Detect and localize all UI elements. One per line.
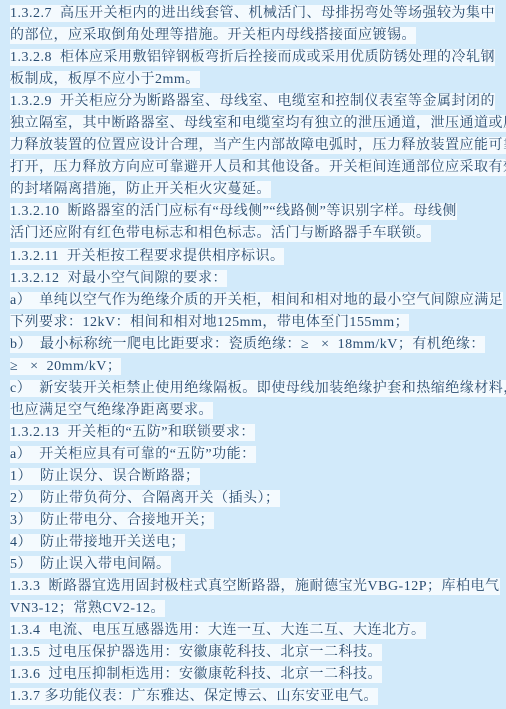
text-line: 1） 防止误分、误合断路器； (10, 466, 496, 488)
text-line: 也应满足空气绝缘净距离要求。 (10, 400, 496, 422)
text-line: 力释放装置的位置应设计合理，当产生内部故障电弧时，压力释放装置应能可靠 (10, 135, 496, 157)
text-line-content: 1.3.7 多功能仪表：广东雅达、保定博云、山东安亚电气。 (10, 688, 378, 705)
text-line: 1.3.2.8 柜体应采用敷铝锌钢板弯折后拴接而成或采用优质防锈处理的冷轧钢 (10, 47, 496, 69)
text-line-content: 活门还应附有红色带电标志和相色标志。活门与断路器手车联锁。 (10, 225, 431, 242)
text-line-content: 力释放装置的位置应设计合理，当产生内部故障电弧时，压力释放装置应能可靠 (10, 137, 506, 154)
text-line-content: b） 最小标称统一爬电比距要求：瓷质绝缘：≥ × 18mm/kV；有机绝缘： (10, 336, 485, 353)
text-line-content: 1.3.2.7 高压开关柜内的进出线套管、机械活门、母排拐弯处等场强较为集中 (10, 5, 495, 22)
text-line: 活门还应附有红色带电标志和相色标志。活门与断路器手车联锁。 (10, 223, 496, 245)
document-page: 1.3.2.7 高压开关柜内的进出线套管、机械活门、母排拐弯处等场强较为集中 的… (0, 0, 506, 709)
text-line-content: a） 开关柜应具有可靠的“五防”功能： (10, 446, 256, 463)
text-line: 2） 防止带负荷分、合隔离开关（插头）； (10, 488, 496, 510)
text-line: 1.3.7 多功能仪表：广东雅达、保定博云、山东安亚电气。 (10, 686, 496, 708)
text-line: 1.3.2.10 断路器室的活门应标有“母线侧”“线路侧”等识别字样。母线侧 (10, 201, 496, 223)
text-line: 1.3.4 电流、电压互感器选用：大连一互、大连二互、大连北方。 (10, 620, 496, 642)
text-line-content: 1） 防止误分、误合断路器； (10, 468, 200, 485)
text-line-content: 1.3.2.13 开关柜的“五防”和联锁要求： (10, 424, 255, 441)
text-line: 1.3.2.7 高压开关柜内的进出线套管、机械活门、母排拐弯处等场强较为集中 (10, 3, 496, 25)
text-line: 1.3.5 过电压保护器选用：安徽康乾科技、北京一二科技。 (10, 642, 496, 664)
text-line-content: a） 单纯以空气作为绝缘介质的开关柜，相间和相对地的最小空气间隙应满足 (10, 292, 503, 309)
text-line-content: 的封堵隔离措施，防止开关柜火灾蔓延。 (10, 181, 271, 198)
text-line: ≥ × 20mm/kV； (10, 356, 496, 378)
text-line: 1.3.2.13 开关柜的“五防”和联锁要求： (10, 422, 496, 444)
text-line-content: VN3-12；常熟CV2-12。 (10, 600, 165, 617)
text-line-content: 1.3.6 过电压抑制柜选用：安徽康乾科技、北京一二科技。 (10, 666, 382, 683)
text-line-content: 1.3.4 电流、电压互感器选用：大连一互、大连二互、大连北方。 (10, 622, 426, 639)
text-line-content: 1.3.2.9 开关柜应分为断路器室、母线室、电缆室和控制仪表室等金属封闭的 (10, 93, 495, 110)
text-line-content: c） 新安装开关柜禁止使用绝缘隔板。即使母线加装绝缘护套和热缩绝缘材料， (10, 380, 506, 397)
text-line-content: 2） 防止带负荷分、合隔离开关（插头）； (10, 490, 280, 507)
text-line-content: 独立隔室，其中断路器室、母线室和电缆室均有独立的泄压通道，泄压通道或压 (10, 115, 506, 132)
text-line: 下列要求：12kV：相间和相对地125mm，带电体至门155mm； (10, 312, 496, 334)
text-line-content: ≥ × 20mm/kV； (10, 358, 121, 375)
text-line-content: 1.3.3 断路器宜选用固封极柱式真空断路器，施耐德宝光VBG-12P；库柏电气 (10, 578, 500, 595)
text-line: b） 最小标称统一爬电比距要求：瓷质绝缘：≥ × 18mm/kV；有机绝缘： (10, 334, 496, 356)
text-line: 1.3.2.11 开关柜按工程要求提供相序标识。 (10, 246, 496, 268)
text-line: VN3-12；常熟CV2-12。 (10, 598, 496, 620)
text-line: 5） 防止误入带电间隔。 (10, 554, 496, 576)
text-line-content: 1.3.2.11 开关柜按工程要求提供相序标识。 (10, 248, 284, 265)
text-line-content: 1.3.2.12 对最小空气间隙的要求： (10, 270, 227, 287)
text-line: a） 单纯以空气作为绝缘介质的开关柜，相间和相对地的最小空气间隙应满足 (10, 290, 496, 312)
text-line: 1.3.2.12 对最小空气间隙的要求： (10, 268, 496, 290)
text-line-content: 的部位，应采取倒角处理等措施。开关柜内母线搭接面应镀锡。 (10, 27, 416, 44)
text-line: 的封堵隔离措施，防止开关柜火灾蔓延。 (10, 179, 496, 201)
text-line: c） 新安装开关柜禁止使用绝缘隔板。即使母线加装绝缘护套和热缩绝缘材料， (10, 378, 496, 400)
text-line-content: 1.3.2.10 断路器室的活门应标有“母线侧”“线路侧”等识别字样。母线侧 (10, 203, 457, 220)
text-line-content: 板制成，板厚不应小于2mm。 (10, 71, 200, 88)
text-line-content: 3） 防止带电分、合接地开关； (10, 512, 214, 529)
text-line: 1.3.6 过电压抑制柜选用：安徽康乾科技、北京一二科技。 (10, 664, 496, 686)
text-line-content: 5） 防止误入带电间隔。 (10, 556, 171, 573)
text-line-content: 1.3.5 过电压保护器选用：安徽康乾科技、北京一二科技。 (10, 644, 382, 661)
text-line-content: 4） 防止带接地开关送电； (10, 534, 185, 551)
text-line: 3） 防止带电分、合接地开关； (10, 510, 496, 532)
text-line: 打开，压力释放方向应可靠避开人员和其他设备。开关柜间连通部位应采取有效 (10, 157, 496, 179)
text-line-content: 也应满足空气绝缘净距离要求。 (10, 402, 213, 419)
text-line: a） 开关柜应具有可靠的“五防”功能： (10, 444, 496, 466)
text-line: 独立隔室，其中断路器室、母线室和电缆室均有独立的泄压通道，泄压通道或压 (10, 113, 496, 135)
text-line: 1.3.2.9 开关柜应分为断路器室、母线室、电缆室和控制仪表室等金属封闭的 (10, 91, 496, 113)
text-line-content: 1.3.2.8 柜体应采用敷铝锌钢板弯折后拴接而成或采用优质防锈处理的冷轧钢 (10, 49, 495, 66)
text-line-content: 下列要求：12kV：相间和相对地125mm，带电体至门155mm； (10, 314, 409, 331)
text-line: 板制成，板厚不应小于2mm。 (10, 69, 496, 91)
text-line: 的部位，应采取倒角处理等措施。开关柜内母线搭接面应镀锡。 (10, 25, 496, 47)
text-line-content: 打开，压力释放方向应可靠避开人员和其他设备。开关柜间连通部位应采取有效 (10, 159, 506, 176)
text-line: 4） 防止带接地开关送电； (10, 532, 496, 554)
text-line: 1.3.3 断路器宜选用固封极柱式真空断路器，施耐德宝光VBG-12P；库柏电气 (10, 576, 496, 598)
